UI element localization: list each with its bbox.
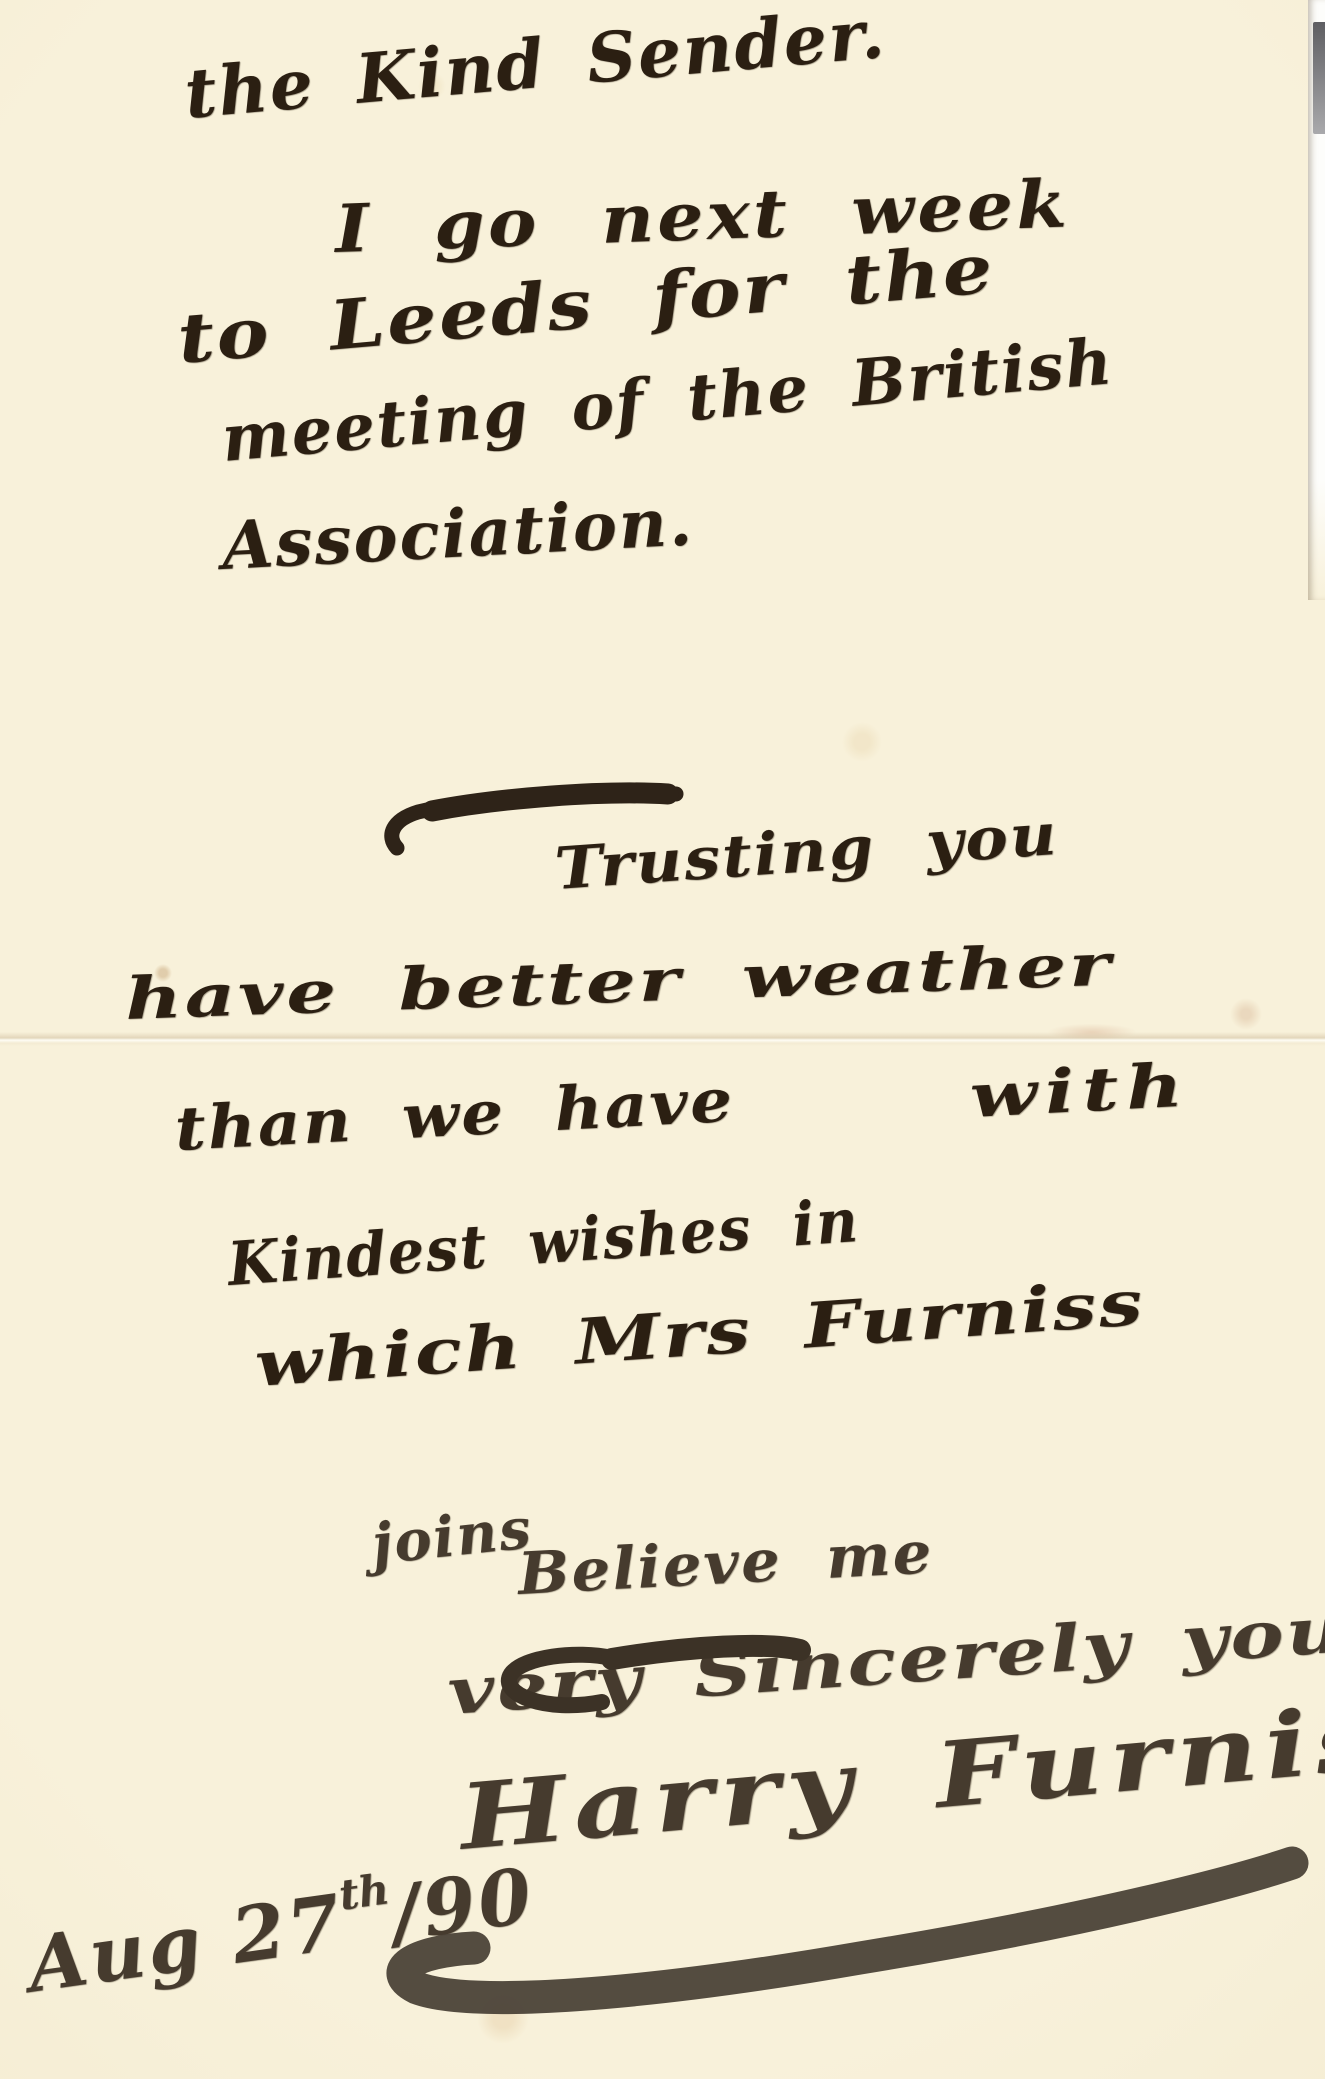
fold-crease bbox=[0, 1032, 1325, 1046]
date-ordinal: th bbox=[336, 1864, 392, 1919]
scan-edge-artifact bbox=[1313, 22, 1325, 134]
letter-scan: the Kind Sender. I go next week to Leeds… bbox=[0, 0, 1325, 2079]
letter-line-body-7b: with bbox=[968, 1050, 1192, 1131]
